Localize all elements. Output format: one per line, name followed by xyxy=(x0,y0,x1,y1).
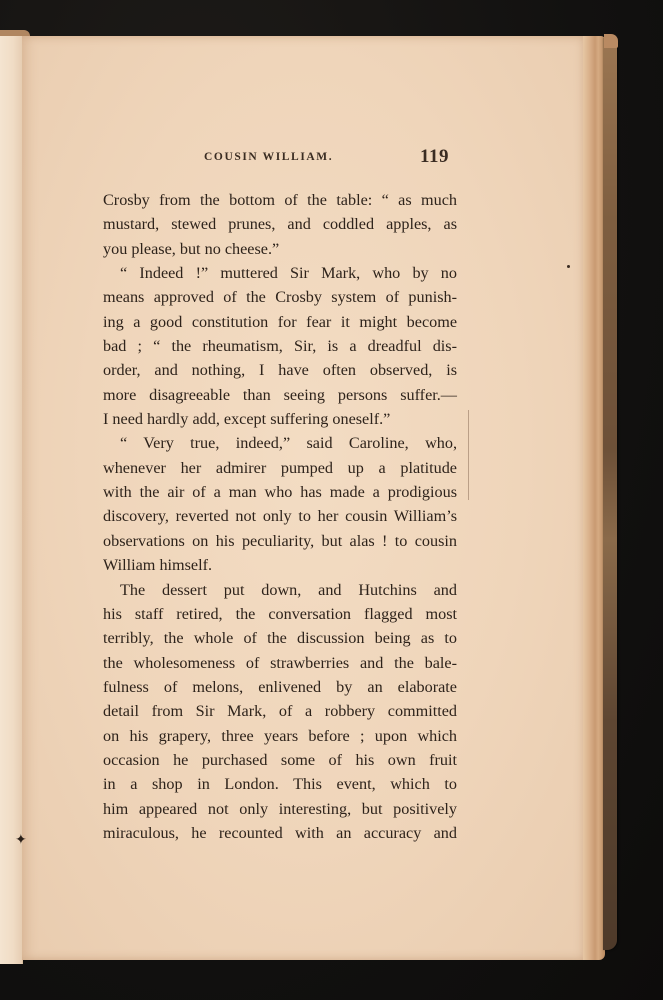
text-line: Crosby from the bottom of the table: “ a… xyxy=(103,188,457,212)
text-line: his staff retired, the conversation flag… xyxy=(103,602,457,626)
text-line: I need hardly add, except suffering ones… xyxy=(103,407,457,431)
text-line: discovery, reverted not only to her cous… xyxy=(103,504,457,528)
text-line: miraculous, he recounted with an accurac… xyxy=(103,821,457,845)
running-title: COUSIN WILLIAM. xyxy=(204,151,333,163)
text-line: whenever her admirer pumped up a platitu… xyxy=(103,456,457,480)
text-line: ing a good constitution for fear it migh… xyxy=(103,310,457,334)
text-line: William himself. xyxy=(103,553,457,577)
page-edges xyxy=(583,36,605,960)
running-head: COUSIN WILLIAM. 119 xyxy=(100,146,460,170)
text-line: mustard, stewed prunes, and coddled appl… xyxy=(103,212,457,236)
page-number: 119 xyxy=(420,146,449,168)
text-line: means approved of the Crosby system of p… xyxy=(103,285,457,309)
text-line: the wholesomeness of strawberries and th… xyxy=(103,651,457,675)
ink-blot-icon: ✦ xyxy=(15,832,27,848)
text-line: terribly, the whole of the discussion be… xyxy=(103,626,457,650)
text-line: more disagreeable than seeing persons su… xyxy=(103,383,457,407)
text-line: in a shop in London. This event, which t… xyxy=(103,772,457,796)
text-line: “ Indeed !” muttered Sir Mark, who by no xyxy=(103,261,457,285)
text-line: order, and nothing, I have often observe… xyxy=(103,358,457,382)
text-line: with the air of a man who has made a pro… xyxy=(103,480,457,504)
text-line: you please, but no cheese.” xyxy=(103,237,457,261)
text-line: him appeared not only interesting, but p… xyxy=(103,797,457,821)
text-line: occasion he purchased some of his own fr… xyxy=(103,748,457,772)
body-text: Crosby from the bottom of the table: “ a… xyxy=(103,188,457,845)
text-line: The dessert put down, and Hutchins and xyxy=(103,578,457,602)
spine-cap xyxy=(604,34,618,48)
text-line: bad ; “ the rheumatism, Sir, is a dreadf… xyxy=(103,334,457,358)
book-spine xyxy=(603,38,617,950)
text-line: on his grapery, three years before ; upo… xyxy=(103,724,457,748)
text-line: observations on his peculiarity, but ala… xyxy=(103,529,457,553)
margin-pencil-mark xyxy=(468,410,469,500)
facing-page-sliver xyxy=(0,36,23,964)
foxing-spot xyxy=(567,265,570,268)
text-line: “ Very true, indeed,” said Caroline, who… xyxy=(103,431,457,455)
text-line: detail from Sir Mark, of a robbery commi… xyxy=(103,699,457,723)
text-line: fulness of melons, enlivened by an elabo… xyxy=(103,675,457,699)
